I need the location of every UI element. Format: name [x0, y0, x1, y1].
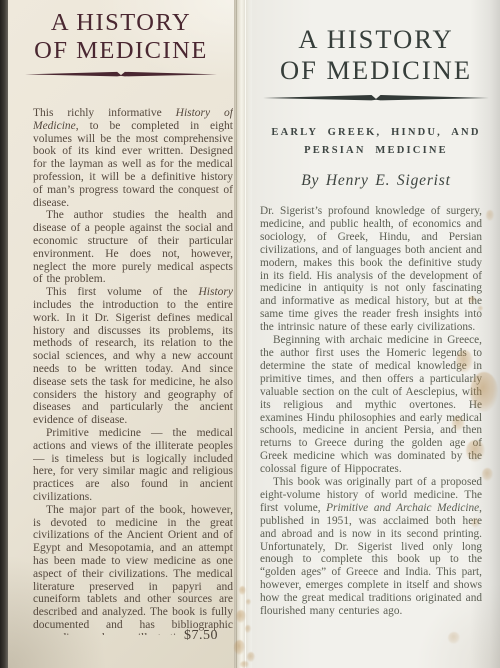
- left-flap-title-line2: OF MEDICINE: [10, 37, 232, 65]
- front-cover: A HISTORY OF MEDICINE EARLY GREEK, HINDU…: [252, 0, 500, 668]
- cover-rule-wrap: [252, 85, 500, 107]
- crease-highlight: [245, 0, 246, 668]
- stain-mark: [471, 518, 480, 528]
- crease-line: [236, 0, 237, 668]
- stain-mark: [478, 306, 483, 311]
- photo-left-edge: [0, 0, 8, 668]
- dust-jacket-photo: A HISTORY OF MEDICINE This richly inform…: [0, 0, 500, 668]
- price: $7.50: [184, 628, 218, 644]
- stain-mark: [236, 610, 246, 623]
- cover-subtitle-line1: EARLY GREEK, HINDU, AND: [252, 124, 500, 141]
- spine-fold: [234, 0, 252, 668]
- decorative-rule-icon: [263, 94, 489, 102]
- stain-mark: [240, 661, 249, 668]
- cover-subtitle: EARLY GREEK, HINDU, AND PERSIAN MEDICINE: [252, 124, 500, 159]
- stain-mark: [234, 640, 245, 655]
- stain-mark: [468, 296, 476, 304]
- cover-subtitle-line2: PERSIAN MEDICINE: [252, 142, 500, 159]
- stain-mark: [216, 300, 219, 303]
- front-cover-title-line1: A HISTORY: [254, 24, 498, 55]
- author-byline: By Henry E. Sigerist: [252, 172, 500, 190]
- jacket-paragraph: This richly informative History of Medic…: [33, 107, 233, 209]
- cover-paragraphs: Dr. Sigerist’s profound knowledge of sur…: [260, 205, 482, 618]
- stain-mark: [486, 210, 494, 221]
- stain-mark: [247, 652, 255, 662]
- stain-mark: [456, 350, 473, 373]
- jacket-paragraph: Beginning with archaic medicine in Greec…: [260, 334, 482, 476]
- stain-mark: [448, 632, 460, 644]
- stain-mark: [245, 625, 251, 633]
- left-rule-wrap: [8, 64, 234, 83]
- jacket-paragraph: Dr. Sigerist’s profound knowledge of sur…: [260, 205, 482, 334]
- front-cover-title-line2: OF MEDICINE: [254, 55, 498, 86]
- stain-mark: [246, 599, 251, 605]
- left-flap-paragraphs: This richly informative History of Medic…: [33, 107, 233, 635]
- jacket-paragraph: The author studies the health and diseas…: [33, 209, 233, 286]
- stain-mark: [239, 586, 246, 595]
- left-flap: A HISTORY OF MEDICINE This richly inform…: [8, 0, 234, 668]
- stain-mark: [482, 468, 493, 481]
- jacket-paragraph: The major part of the book, however, is …: [33, 504, 233, 635]
- decorative-rule-icon: [25, 71, 217, 78]
- jacket-paragraph: This first volume of the History include…: [33, 286, 233, 427]
- left-flap-title-line1: A HISTORY: [10, 9, 232, 37]
- stain-mark: [466, 440, 485, 462]
- jacket-paragraph: This book was originally part of a propo…: [260, 476, 482, 618]
- jacket-paragraph: Primitive medicine — the medical actions…: [33, 427, 233, 504]
- stain-mark: [470, 372, 498, 412]
- left-flap-title: A HISTORY OF MEDICINE: [10, 9, 232, 64]
- front-cover-title: A HISTORY OF MEDICINE: [254, 24, 498, 85]
- stain-mark: [224, 406, 228, 410]
- stain-mark: [452, 416, 465, 431]
